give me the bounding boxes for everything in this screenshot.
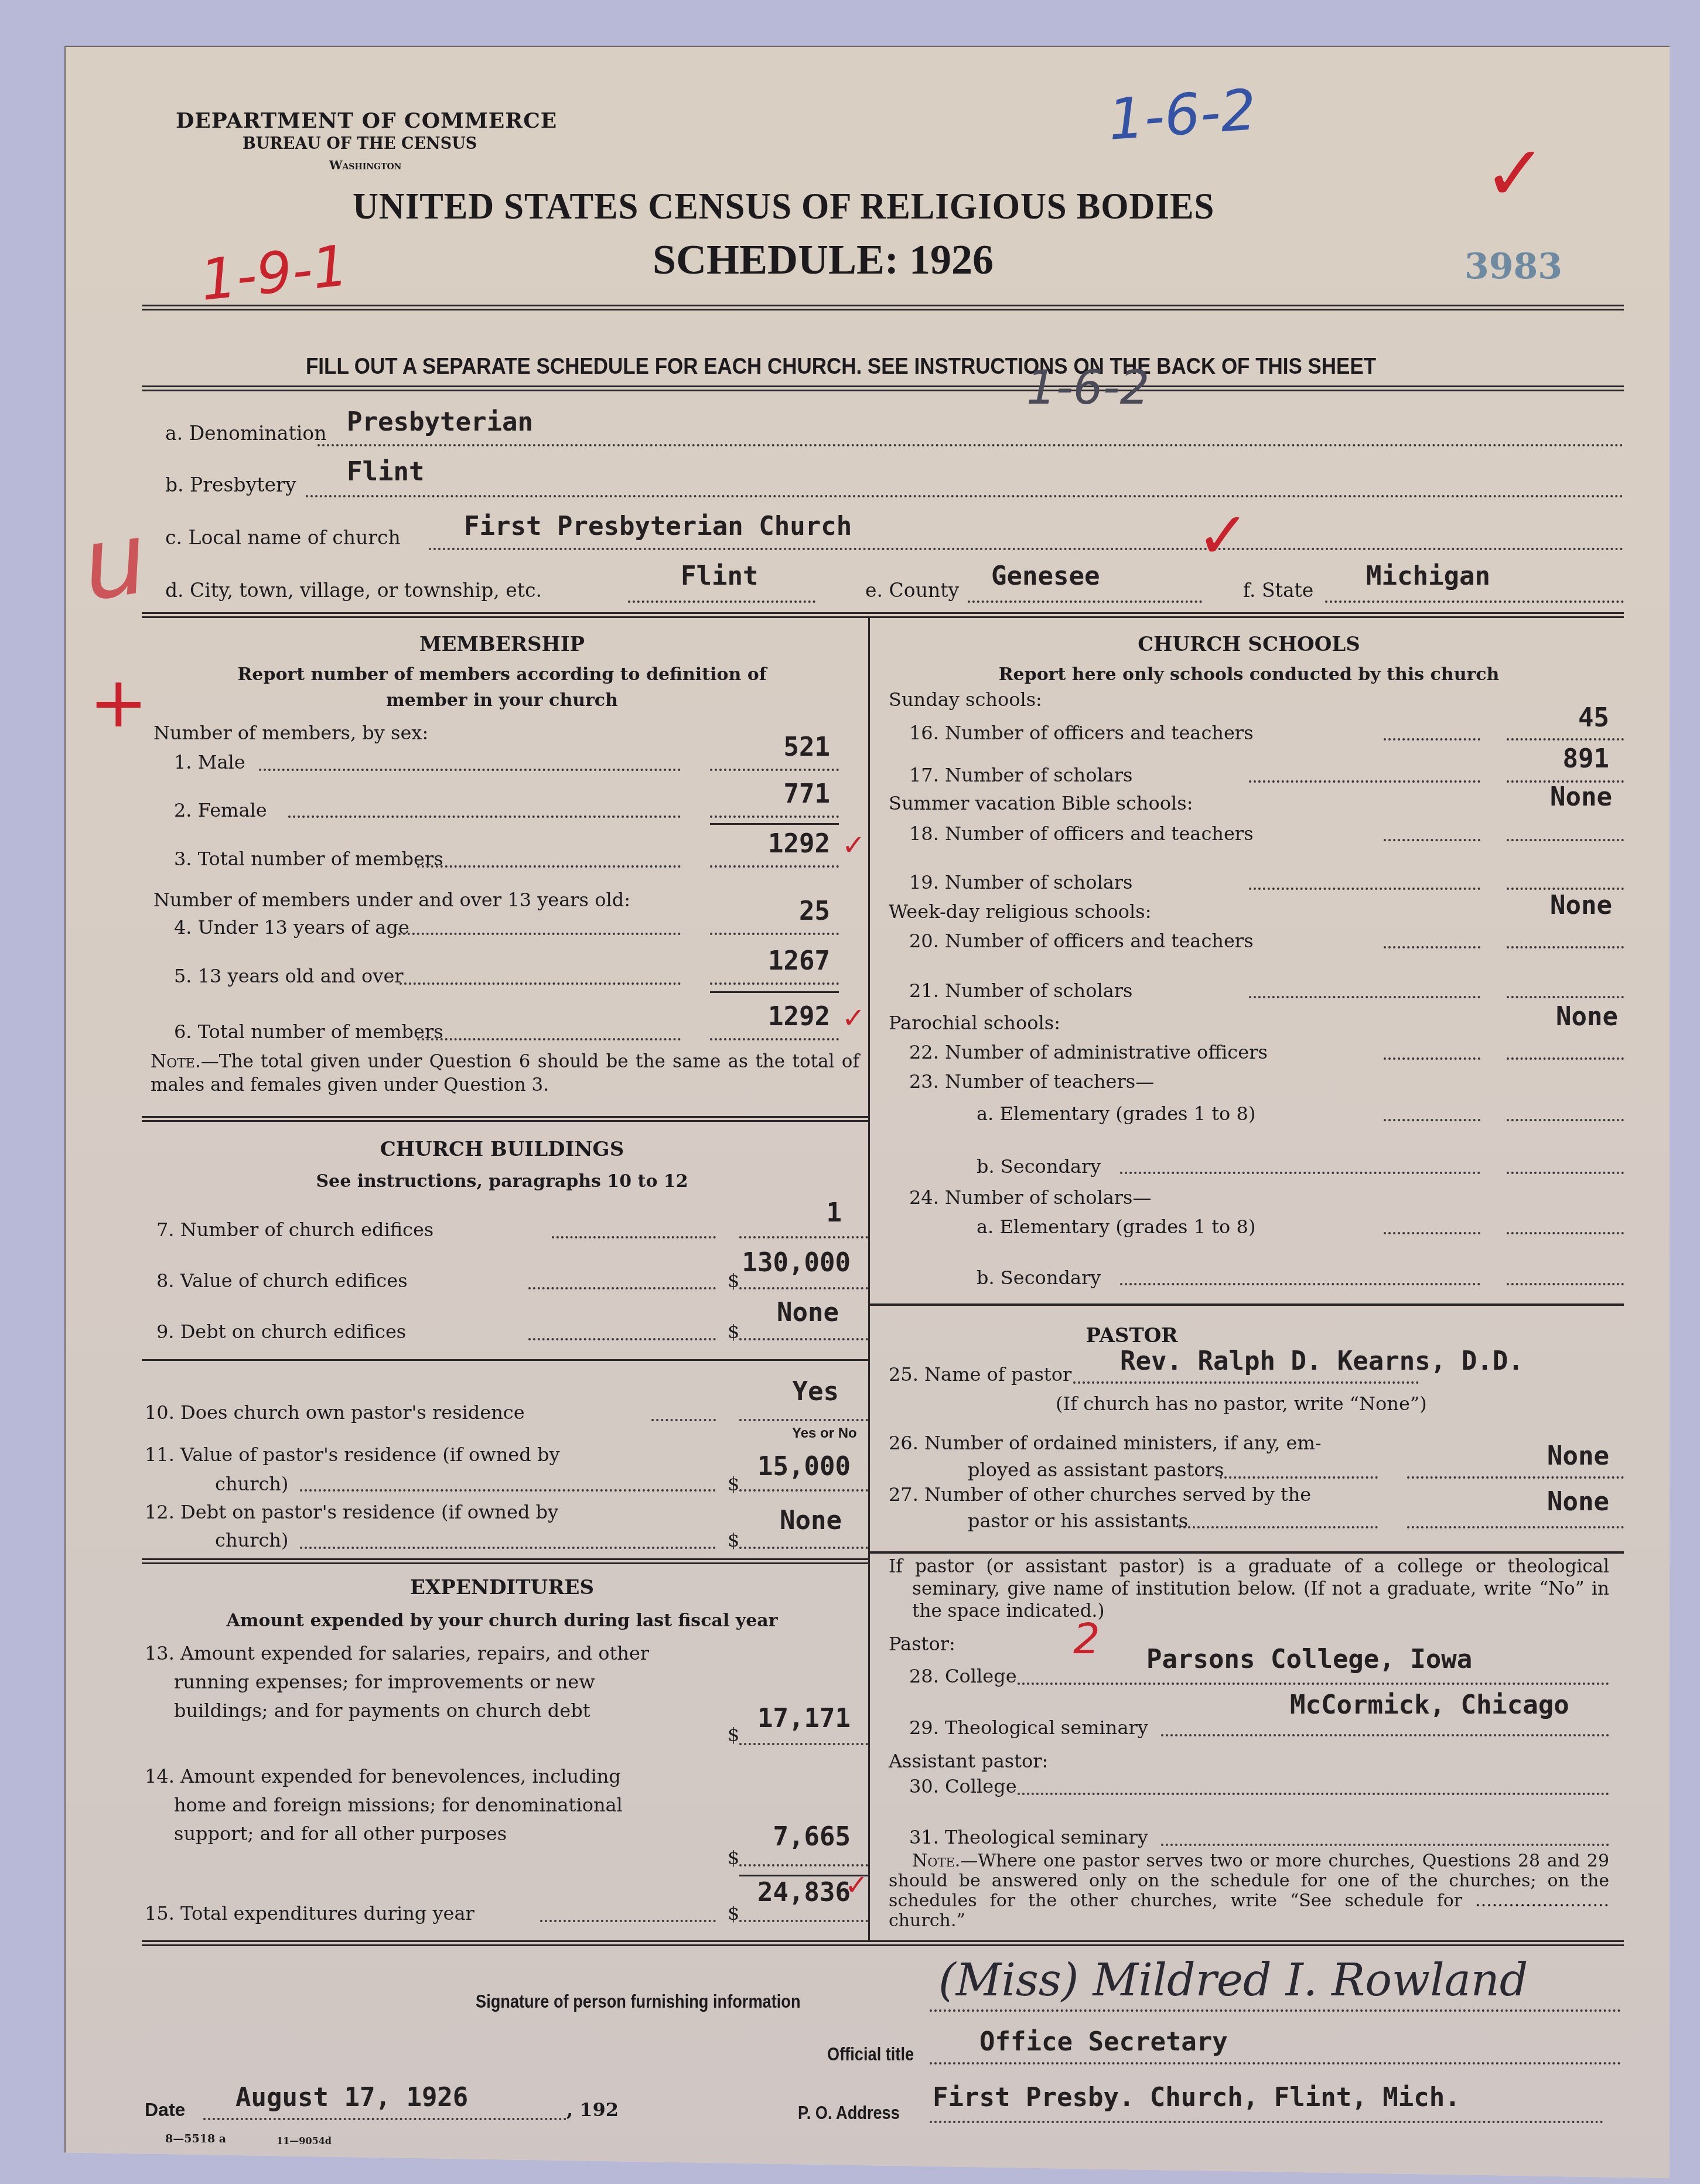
instruction-banner: FILL OUT A SEPARATE SCHEDULE FOR EACH CH… bbox=[306, 354, 1376, 380]
official-title-line bbox=[930, 2062, 1621, 2064]
answer-line bbox=[710, 865, 839, 868]
college-field[interactable]: Parsons College, Iowa bbox=[1146, 1644, 1472, 1674]
pastor-name-label: 25. Name of pastor bbox=[889, 1362, 1071, 1387]
leader-line bbox=[1018, 1683, 1609, 1685]
leader-line bbox=[259, 769, 681, 771]
pastor-note: Note.—Where one pastor serves two or mor… bbox=[889, 1851, 1609, 1931]
bureau-heading: BUREAU OF THE CENSUS bbox=[243, 135, 477, 153]
date-field[interactable]: August 17, 1926 bbox=[235, 2083, 468, 2113]
pastor-name-hint: (If church has no pastor, write “None”) bbox=[1056, 1391, 1427, 1416]
leader-line bbox=[1384, 946, 1480, 948]
stamp-number: 3983 bbox=[1465, 246, 1562, 287]
pastor-subheading: Pastor: bbox=[889, 1632, 955, 1656]
residence-debt-label-2: church) bbox=[215, 1528, 288, 1552]
leader-line bbox=[288, 815, 681, 818]
answer-line bbox=[710, 815, 839, 818]
address-field[interactable]: First Presby. Church, Flint, Mich. bbox=[933, 2083, 1460, 2113]
check-mark-top: ✓ bbox=[1483, 129, 1547, 218]
leader-line bbox=[528, 1338, 716, 1340]
assistant-pastors-label: 26. Number of ordained ministers, if any… bbox=[889, 1431, 1322, 1455]
dollar-sign: $ bbox=[728, 1722, 739, 1747]
assistant-college-field[interactable] bbox=[1018, 1793, 1609, 1795]
county-label: e. County bbox=[865, 579, 959, 602]
admin-officers-label: 22. Number of administrative officers bbox=[909, 1040, 1268, 1064]
answer-line bbox=[1507, 1283, 1624, 1285]
owns-residence[interactable]: Yes bbox=[739, 1377, 839, 1407]
form-number: 8—5518 a bbox=[165, 2132, 226, 2145]
schools-subheading: Report here only schools conducted by th… bbox=[874, 662, 1624, 688]
edifices-count[interactable]: 1 bbox=[739, 1198, 842, 1228]
print-number: 11—9054d bbox=[276, 2135, 332, 2147]
total-members-count[interactable]: 1292 bbox=[710, 829, 830, 859]
annotation-pastor: 2 bbox=[1073, 1614, 1100, 1663]
answer-line bbox=[739, 1287, 868, 1289]
sum-rule bbox=[710, 823, 839, 825]
answer-line bbox=[1507, 1232, 1624, 1234]
college-label: 28. College bbox=[909, 1664, 1017, 1688]
column-divider bbox=[868, 618, 870, 1942]
residence-value-label-2: church) bbox=[215, 1472, 288, 1496]
address-line bbox=[930, 2121, 1603, 2123]
state-field[interactable]: Michigan bbox=[1366, 561, 1490, 591]
answer-line bbox=[739, 1864, 868, 1866]
state-label: f. State bbox=[1243, 579, 1313, 602]
leader-line bbox=[651, 1419, 716, 1421]
local-name-label: c. Local name of church bbox=[165, 526, 401, 549]
summer-scholars-label: 19. Number of scholars bbox=[909, 870, 1132, 895]
dollar-sign: $ bbox=[728, 1472, 739, 1496]
answer-line bbox=[1507, 1119, 1624, 1121]
expenditures-subheading: Amount expended by your church during la… bbox=[142, 1608, 862, 1634]
annotation-top: 1-6-2 bbox=[1106, 77, 1258, 152]
edifices-count-label: 7. Number of church edifices bbox=[156, 1217, 433, 1242]
female-count[interactable]: 771 bbox=[710, 779, 830, 809]
weekday-officers-label: 20. Number of officers and teachers bbox=[909, 929, 1254, 953]
signature-line bbox=[930, 2009, 1621, 2012]
leader-line bbox=[1384, 738, 1480, 740]
male-count[interactable]: 521 bbox=[710, 732, 830, 762]
dollar-sign: $ bbox=[728, 1268, 739, 1293]
other-churches-count[interactable]: None bbox=[1472, 1487, 1609, 1517]
seminary-field[interactable]: McCormick, Chicago bbox=[1290, 1690, 1569, 1720]
assistant-college-label: 30. College bbox=[909, 1774, 1017, 1799]
assistant-seminary-label: 31. Theological seminary bbox=[909, 1825, 1148, 1849]
answer-line bbox=[1507, 946, 1624, 948]
schedule-year: SCHEDULE: 1926 bbox=[653, 236, 994, 284]
leader-line bbox=[540, 1920, 716, 1922]
leader-line bbox=[1073, 1381, 1419, 1384]
pastor-heading: PASTOR bbox=[874, 1324, 1390, 1347]
answer-line bbox=[1407, 1476, 1624, 1479]
summer-schools-value[interactable]: None bbox=[1472, 782, 1612, 812]
check-mark: ✓ bbox=[842, 1002, 865, 1035]
sunday-scholars-count[interactable]: 891 bbox=[1507, 744, 1609, 774]
scholars-secondary-label: b. Secondary bbox=[977, 1265, 1101, 1290]
date-line bbox=[203, 2118, 566, 2120]
answer-line bbox=[1507, 996, 1624, 998]
note-text: —Where one pastor serves two or more chu… bbox=[889, 1851, 1609, 1931]
leader-line bbox=[1120, 1172, 1480, 1174]
dollar-sign: $ bbox=[728, 1319, 739, 1344]
check-mark: ✓ bbox=[845, 1869, 868, 1902]
state-line bbox=[1325, 600, 1624, 603]
under-13-count[interactable]: 25 bbox=[710, 896, 830, 926]
schools-divider bbox=[868, 1303, 1624, 1306]
sum-rule bbox=[710, 991, 839, 993]
city-field[interactable]: Flint bbox=[681, 561, 758, 591]
graduate-instruction: If pastor (or assistant pastor) is a gra… bbox=[889, 1555, 1609, 1622]
buildings-heading: CHURCH BUILDINGS bbox=[142, 1138, 862, 1161]
dollar-sign: $ bbox=[728, 1901, 739, 1926]
residence-debt[interactable]: None bbox=[739, 1506, 842, 1535]
census-schedule-sheet: DEPARTMENT OF COMMERCE BUREAU OF THE CEN… bbox=[64, 46, 1670, 2178]
check-mark: ✓ bbox=[842, 829, 865, 862]
buildings-subheading: See instructions, paragraphs 10 to 12 bbox=[142, 1169, 862, 1195]
parochial-schools-label: Parochial schools: bbox=[889, 1011, 1060, 1035]
over-13-count[interactable]: 1267 bbox=[710, 946, 830, 976]
edifices-debt-label: 9. Debt on church edifices bbox=[156, 1319, 406, 1344]
teachers-elementary-label: a. Elementary (grades 1 to 8) bbox=[977, 1101, 1255, 1126]
weekday-scholars-label: 21. Number of scholars bbox=[909, 978, 1132, 1003]
denomination-line bbox=[318, 444, 1624, 446]
answer-line bbox=[710, 1038, 839, 1040]
leader-line bbox=[1220, 1476, 1378, 1479]
presbytery-line bbox=[306, 495, 1624, 497]
answer-line bbox=[1507, 888, 1624, 890]
residence-value[interactable]: 15,000 bbox=[739, 1452, 851, 1482]
assistant-seminary-field[interactable] bbox=[1161, 1844, 1609, 1846]
date-label: Date bbox=[145, 2097, 185, 2122]
city-label: d. City, town, village, or township, etc… bbox=[165, 579, 542, 602]
female-label: 2. Female bbox=[174, 798, 267, 823]
total-expenditures-amount[interactable]: 24,836 bbox=[739, 1878, 851, 1907]
scholars-elementary-label: a. Elementary (grades 1 to 8) bbox=[977, 1214, 1255, 1239]
scholars-label: 24. Number of scholars— bbox=[909, 1185, 1151, 1210]
presbytery-label: b. Presbytery bbox=[165, 473, 296, 496]
pastor-divider bbox=[868, 1551, 1624, 1554]
residence-debt-label: 12. Debt on pastor's residence (if owned… bbox=[145, 1500, 558, 1524]
department-heading: DEPARTMENT OF COMMERCE bbox=[176, 108, 557, 133]
county-line bbox=[968, 600, 1202, 603]
identification-divider bbox=[142, 612, 1624, 618]
answer-line bbox=[1507, 1172, 1624, 1174]
annotation-left: 1-9-1 bbox=[197, 233, 351, 313]
answer-line bbox=[739, 1338, 868, 1340]
membership-subheading: Report number of members according to de… bbox=[200, 662, 804, 714]
note-prefix: Note. bbox=[151, 1051, 201, 1072]
annotation-margin-plus: + bbox=[89, 662, 148, 743]
sunday-officers-count[interactable]: 45 bbox=[1507, 703, 1609, 733]
yes-no-hint: Yes or No bbox=[792, 1421, 857, 1446]
leader-line bbox=[1161, 1734, 1609, 1736]
presbytery-field[interactable]: Flint bbox=[347, 457, 424, 487]
leader-line bbox=[1384, 1119, 1480, 1121]
by-sex-label: Number of members, by sex: bbox=[153, 721, 428, 745]
note-prefix: Note. bbox=[912, 1851, 960, 1871]
signature-field[interactable]: (Miss) Mildred I. Rowland bbox=[938, 1954, 1528, 2006]
weekday-schools-value[interactable]: None bbox=[1472, 890, 1612, 920]
denomination-label: a. Denomination bbox=[165, 422, 326, 445]
pastor-name-field[interactable]: Rev. Ralph D. Kearns, D.D. bbox=[1120, 1346, 1524, 1376]
total-members-age-count[interactable]: 1292 bbox=[710, 1002, 830, 1032]
leader-line bbox=[417, 1038, 681, 1040]
leader-line bbox=[1249, 780, 1480, 783]
teachers-secondary-label: b. Secondary bbox=[977, 1154, 1101, 1179]
male-label: 1. Male bbox=[174, 750, 245, 774]
answer-line bbox=[739, 1920, 868, 1922]
leader-line bbox=[1384, 839, 1480, 841]
answer-line bbox=[1507, 1057, 1624, 1060]
leader-line bbox=[400, 982, 681, 985]
edifices-value[interactable]: 130,000 bbox=[739, 1248, 851, 1278]
city-heading: Washington bbox=[329, 158, 401, 172]
membership-note: Note.—The total given under Question 6 s… bbox=[151, 1050, 859, 1097]
note-text: —The total given under Question 6 should… bbox=[151, 1051, 859, 1096]
answer-line bbox=[739, 1489, 868, 1492]
annotation-pencil: 1-6-2 bbox=[1026, 360, 1149, 415]
total-members-age-label: 6. Total number of members bbox=[174, 1019, 443, 1044]
schools-heading: CHURCH SCHOOLS bbox=[874, 633, 1624, 656]
leader-line bbox=[1384, 1057, 1480, 1060]
running-expenses-label: 13. Amount expended for salaries, repair… bbox=[145, 1639, 660, 1725]
date-suffix: , 192 bbox=[566, 2097, 619, 2122]
leader-line bbox=[1249, 888, 1480, 890]
parochial-schools-value[interactable]: None bbox=[1472, 1002, 1618, 1032]
over-13-label: 5. 13 years old and over bbox=[174, 964, 404, 988]
running-expenses-amount[interactable]: 17,171 bbox=[739, 1704, 851, 1733]
expenditures-heading: EXPENDITURES bbox=[142, 1576, 862, 1599]
document-title: UNITED STATES CENSUS OF RELIGIOUS BODIES bbox=[353, 185, 1214, 228]
instruction-divider bbox=[142, 385, 1624, 391]
answer-line bbox=[1507, 839, 1624, 841]
sunday-officers-label: 16. Number of officers and teachers bbox=[909, 721, 1254, 745]
answer-line bbox=[739, 1743, 868, 1745]
answer-line bbox=[710, 982, 839, 985]
edifices-debt[interactable]: None bbox=[739, 1298, 839, 1328]
assistant-pastors-count[interactable]: None bbox=[1472, 1441, 1609, 1471]
buildings-divider bbox=[142, 1558, 868, 1564]
leader-line bbox=[300, 1489, 716, 1492]
leader-line bbox=[1249, 996, 1480, 998]
total-expenditures-label: 15. Total expenditures during year bbox=[145, 1901, 475, 1926]
official-title-field[interactable]: Office Secretary bbox=[979, 2027, 1228, 2057]
total-members-label: 3. Total number of members bbox=[174, 847, 443, 871]
denomination-field[interactable]: Presbyterian bbox=[347, 407, 533, 437]
dollar-sign: $ bbox=[728, 1845, 739, 1870]
local-name-field[interactable]: First Presbyterian Church bbox=[464, 511, 852, 541]
benevolences-label: 14. Amount expended for benevolences, in… bbox=[145, 1762, 660, 1848]
check-mark-church: ✓ bbox=[1196, 498, 1250, 573]
age-label: Number of members under and over 13 year… bbox=[153, 888, 630, 912]
answer-line bbox=[1507, 738, 1624, 740]
leader-line bbox=[1179, 1526, 1378, 1528]
dollar-sign: $ bbox=[728, 1528, 739, 1552]
weekday-schools-label: Week-day religious schools: bbox=[889, 899, 1151, 924]
county-field[interactable]: Genesee bbox=[991, 561, 1100, 591]
leader-line bbox=[552, 1236, 716, 1238]
teachers-label: 23. Number of teachers— bbox=[909, 1069, 1154, 1094]
leader-line bbox=[528, 1287, 716, 1289]
local-name-line bbox=[429, 548, 1624, 550]
signature-label: Signature of person furnishing informati… bbox=[476, 1989, 801, 2014]
leader-line bbox=[394, 933, 681, 935]
leader-line bbox=[417, 865, 681, 868]
address-label: P. O. Address bbox=[798, 2100, 900, 2125]
city-line bbox=[628, 600, 815, 603]
benevolences-amount[interactable]: 7,665 bbox=[739, 1822, 851, 1852]
answer-line bbox=[1407, 1526, 1624, 1528]
edifices-value-label: 8. Value of church edifices bbox=[156, 1268, 408, 1293]
other-churches-label-2: pastor or his assistants bbox=[968, 1509, 1188, 1533]
leader-line bbox=[300, 1547, 716, 1549]
leader-line bbox=[1384, 1232, 1480, 1234]
owns-residence-label: 10. Does church own pastor's residence bbox=[145, 1400, 525, 1425]
answer-line bbox=[739, 1547, 868, 1549]
answer-line bbox=[739, 1236, 868, 1238]
sunday-schools-label: Sunday schools: bbox=[889, 687, 1042, 712]
header-divider bbox=[142, 305, 1624, 310]
bottom-divider bbox=[142, 1940, 1624, 1946]
annotation-margin-u: u bbox=[76, 500, 154, 623]
other-churches-label: 27. Number of other churches served by t… bbox=[889, 1482, 1311, 1507]
summer-schools-label: Summer vacation Bible schools: bbox=[889, 791, 1193, 815]
answer-line bbox=[710, 769, 839, 771]
sunday-scholars-label: 17. Number of scholars bbox=[909, 763, 1132, 787]
under-13-label: 4. Under 13 years of age bbox=[174, 915, 409, 940]
answer-line bbox=[710, 933, 839, 935]
membership-heading: MEMBERSHIP bbox=[142, 633, 862, 656]
assistant-pastor-subheading: Assistant pastor: bbox=[889, 1749, 1048, 1773]
residence-value-label: 11. Value of pastor's residence (if owne… bbox=[145, 1442, 559, 1467]
buildings-mid-rule bbox=[142, 1359, 868, 1361]
leader-line bbox=[1120, 1283, 1480, 1285]
summer-officers-label: 18. Number of officers and teachers bbox=[909, 821, 1254, 846]
seminary-label: 29. Theological seminary bbox=[909, 1715, 1148, 1740]
membership-divider bbox=[142, 1116, 868, 1122]
official-title-label: Official title bbox=[827, 2042, 914, 2066]
assistant-pastors-label-2: ployed as assistant pastors bbox=[968, 1458, 1224, 1482]
